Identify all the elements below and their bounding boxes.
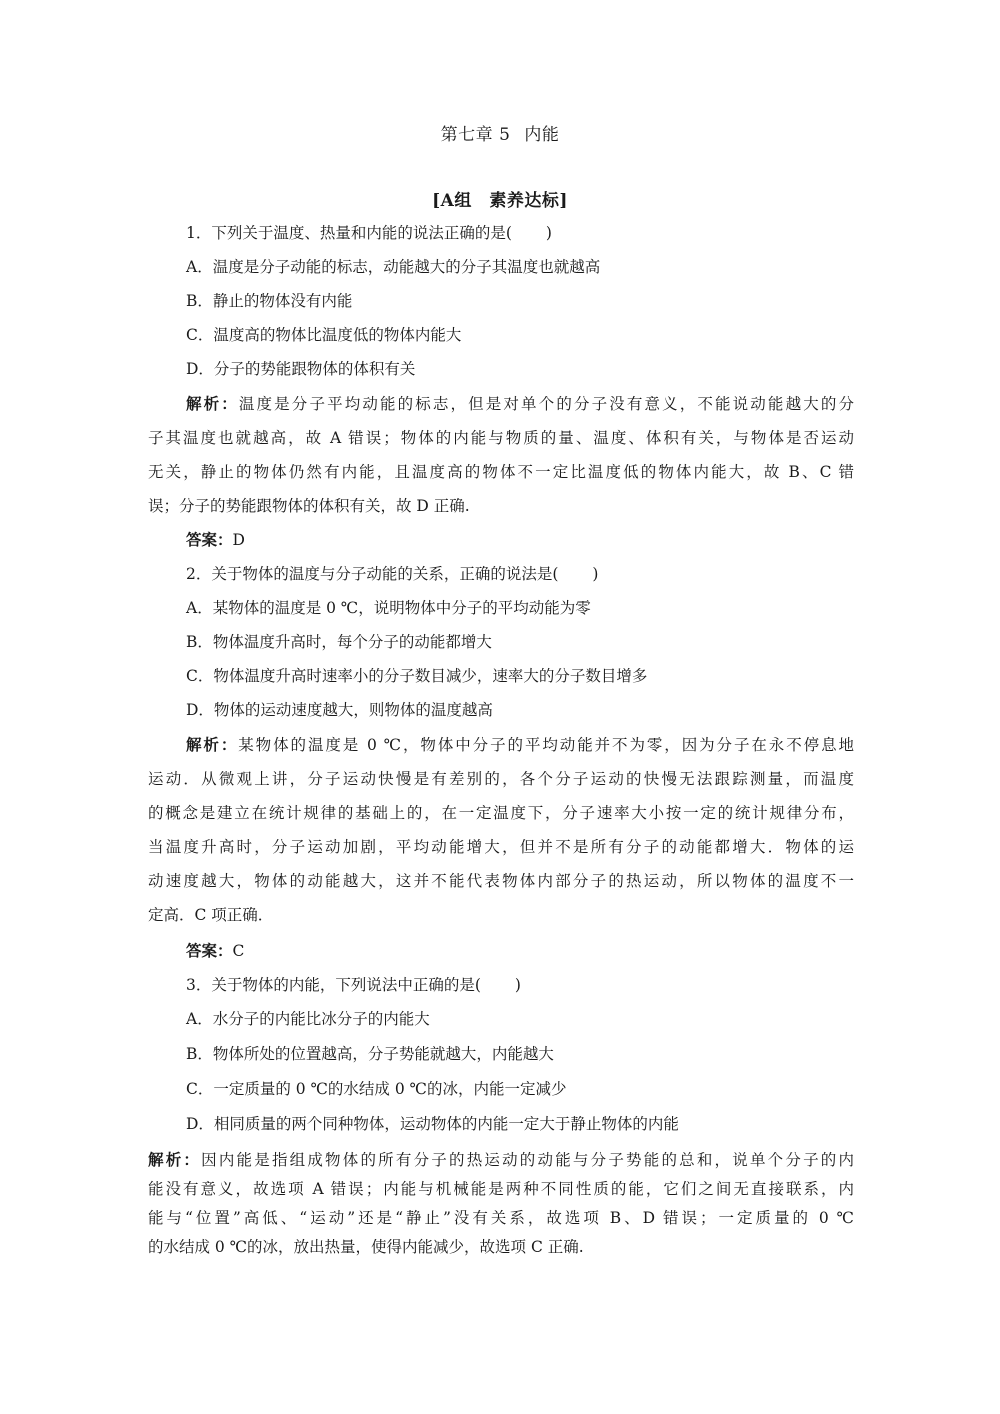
question-2-option-d: D．物体的运动速度越大，则物体的温度越高: [186, 699, 892, 721]
question-2-stem: 2．关于物体的温度与分子动能的关系，正确的说法是(): [186, 563, 892, 585]
lesson-topic: 内能: [524, 125, 559, 145]
question-3-option-c: C．一定质量的 0 ℃的水结成 0 ℃的冰，内能一定减少: [186, 1078, 892, 1100]
lesson-number: 5: [499, 125, 510, 145]
question-1-answer: 答案：D: [186, 529, 892, 551]
question-1-option-a: A．温度是分子动能的标志，动能越大的分子其温度也就越高: [186, 256, 892, 278]
question-1-option-c: C．温度高的物体比温度低的物体内能大: [186, 324, 892, 346]
question-2-analysis-line-3: 的概念是建立在统计规律的基础上的，在一定温度下，分子速率大小按一定的统计规律分布…: [148, 802, 854, 824]
question-2-analysis-line-1: 解析：某物体的温度是 0 ℃，物体中分子的平均动能并不为零，因为分子在永不停息地: [186, 734, 854, 756]
question-2-option-a: A．某物体的温度是 0 ℃，说明物体中分子的平均动能为零: [186, 597, 892, 619]
question-3-analysis-line-2: 能没有意义，故选项 A 错误；内能与机械能是两种不同性质的能，它们之间无直接联系…: [148, 1178, 854, 1200]
question-3-stem: 3．关于物体的内能，下列说法中正确的是(): [186, 974, 892, 996]
question-3-option-b: B．物体所处的位置越高，分子势能就越大，内能越大: [186, 1043, 892, 1065]
question-2-analysis-line-6: 定高．C 项正确．: [148, 904, 854, 926]
question-1-option-d: D．分子的势能跟物体的体积有关: [186, 358, 892, 380]
question-2-answer: 答案：C: [186, 940, 892, 962]
question-1-analysis-line-2: 子其温度也就越高，故 A 错误；物体的内能与物质的量、温度、体积有关，与物体是否…: [148, 427, 854, 449]
question-2-analysis-line-2: 运动．从微观上讲，分子运动快慢是有差别的，各个分子运动的快慢无法跟踪测量，而温度: [148, 768, 854, 790]
question-3-analysis-line-3: 能与“位置”高低、“运动”还是“静止”没有关系，故选项 B、D 错误；一定质量的…: [148, 1207, 854, 1229]
question-1-stem: 1．下列关于温度、热量和内能的说法正确的是(): [186, 222, 892, 244]
question-1-analysis-line-3: 无关，静止的物体仍然有内能，且温度高的物体不一定比温度低的物体内能大，故 B、C…: [148, 461, 854, 483]
question-3-analysis-line-4: 的水结成 0 ℃的冰，放出热量，使得内能减少，故选项 C 正确.: [148, 1236, 854, 1258]
question-1-analysis-line-4: 误；分子的势能跟物体的体积有关，故 D 正确.: [148, 495, 854, 517]
question-1-option-b: B．静止的物体没有内能: [186, 290, 892, 312]
question-2-option-b: B．物体温度升高时，每个分子的动能都增大: [186, 631, 892, 653]
question-3-option-a: A．水分子的内能比冰分子的内能大: [186, 1008, 892, 1030]
document-page: 第七章5内能 [A组 素养达标] 1．下列关于温度、热量和内能的说法正确的是()…: [0, 0, 1000, 1414]
question-2-option-c: C．物体温度升高时速率小的分子数目减少，速率大的分子数目增多: [186, 665, 892, 687]
chapter-label: 第七章: [441, 125, 494, 145]
question-1-analysis-line-1: 解析：温度是分子平均动能的标志，但是对单个的分子没有意义，不能说动能越大的分: [186, 393, 854, 415]
section-heading: [A组 素养达标]: [0, 186, 1000, 211]
question-3-option-d: D．相同质量的两个同种物体，运动物体的内能一定大于静止物体的内能: [186, 1113, 892, 1135]
question-3-analysis-line-1: 解析：因内能是指组成物体的所有分子的热运动的动能与分子势能的总和，说单个分子的内: [148, 1149, 854, 1171]
question-2-analysis-line-4: 当温度升高时，分子运动加剧，平均动能增大，但并不是所有分子的动能都增大．物体的运: [148, 836, 854, 858]
chapter-title: 第七章5内能: [0, 120, 1000, 145]
question-2-analysis-line-5: 动速度越大，物体的动能越大，这并不能代表物体内部分子的热运动，所以物体的温度不一: [148, 870, 854, 892]
